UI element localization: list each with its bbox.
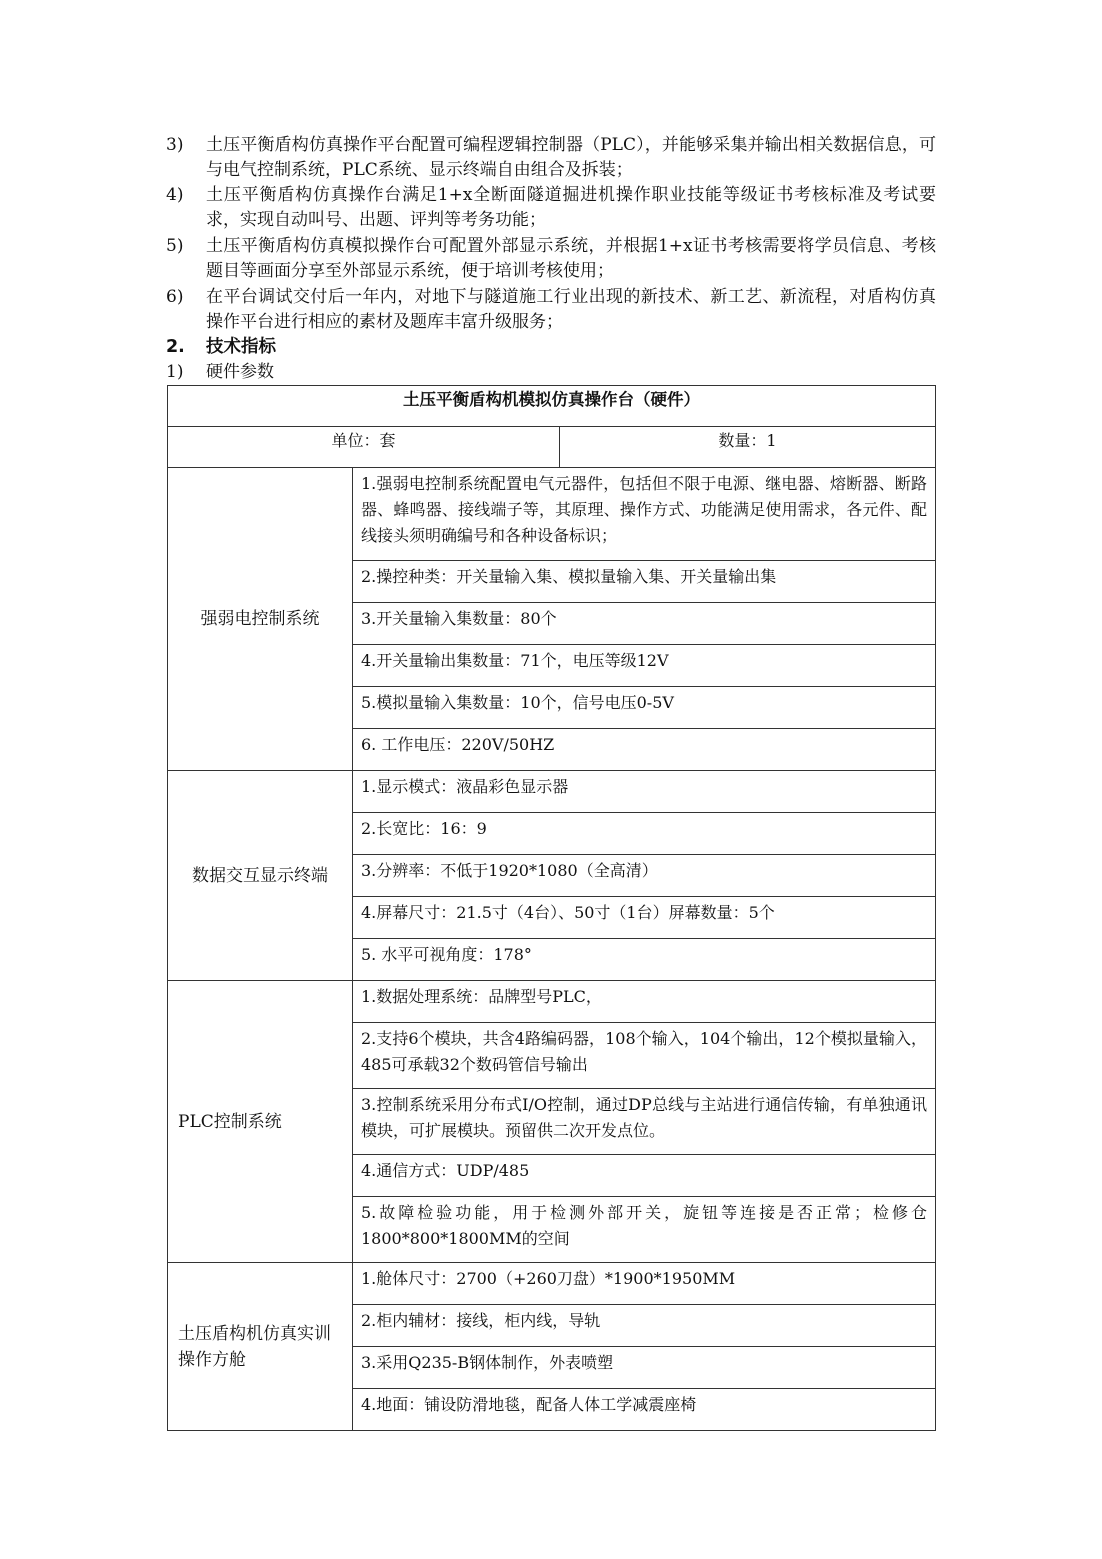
spec-item: 4.开关量输出集数量：71个，电压等级12V [353,645,936,687]
spec-item: 6. 工作电压：220V/50HZ [353,729,936,771]
list-number: 3) [166,133,206,158]
spec-item: 4.屏幕尺寸：21.5寸（4台）、50寸（1台）屏幕数量：5个 [353,897,936,939]
list-item-4: 4) 土压平衡盾构仿真操作台满足1+x全断面隧道掘进机操作职业技能等级证书考核标… [166,183,936,233]
spec-item: 2.支持6个模块，共含4路编码器，108个输入，104个输出，12个模拟量输入，… [353,1023,936,1089]
group-label: 土压盾构机仿真实训操作方舱 [168,1263,353,1431]
table-row: PLC控制系统 1.数据处理系统：品牌型号PLC， [168,981,936,1023]
unit-cell: 单位：套 [168,427,560,468]
spec-item: 3.开关量输入集数量：80个 [353,603,936,645]
subsection-number: 1) [166,360,206,385]
group-label: 数据交互显示终端 [168,771,353,981]
spec-item: 1.舱体尺寸：2700（+260刀盘）*1900*1950MM [353,1263,936,1305]
list-number: 6) [166,285,206,310]
list-item-5: 5) 土压平衡盾构仿真模拟操作台可配置外部显示系统，并根据1+x证书考核需要将学… [166,234,936,284]
spec-item: 5.模拟量输入集数量：10个，信号电压0-5V [353,687,936,729]
list-number: 4) [166,183,206,208]
spec-item: 2.操控种类：开关量输入集、模拟量输入集、开关量输出集 [353,561,936,603]
table-unit-row: 单位：套 数量：1 [168,427,936,468]
quantity-cell: 数量：1 [560,427,936,468]
group-label: 强弱电控制系统 [168,468,353,771]
subsection-title: 硬件参数 [206,360,936,385]
hardware-spec-table: 土压平衡盾构机模拟仿真操作台（硬件） 单位：套 数量：1 强弱电控制系统 1.强… [167,385,936,1431]
table-row: 强弱电控制系统 1.强弱电控制系统配置电气元器件，包括但不限于电源、继电器、熔断… [168,468,936,561]
list-text: 土压平衡盾构仿真操作台满足1+x全断面隧道掘进机操作职业技能等级证书考核标准及考… [206,183,936,233]
group-label: PLC控制系统 [168,981,353,1263]
spec-item: 3.分辨率：不低于1920*1080（全高清） [353,855,936,897]
list-text: 在平台调试交付后一年内，对地下与隧道施工行业出现的新技术、新工艺、新流程，对盾构… [206,285,936,335]
section-number: 2. [166,335,206,360]
section-heading: 2.技术指标 [166,335,276,360]
spec-item: 3.控制系统采用分布式I/O控制，通过DP总线与主站进行通信传输，有单独通讯模块… [353,1089,936,1155]
spec-item: 2.长宽比：16：9 [353,813,936,855]
table-title-row: 土压平衡盾构机模拟仿真操作台（硬件） [168,386,936,427]
subsection-heading: 1) 硬件参数 [166,360,936,385]
list-text: 土压平衡盾构仿真模拟操作台可配置外部显示系统，并根据1+x证书考核需要将学员信息… [206,234,936,284]
list-item-3: 3) 土压平衡盾构仿真操作平台配置可编程逻辑控制器（PLC），并能够采集并输出相… [166,133,936,183]
document-page: 3) 土压平衡盾构仿真操作平台配置可编程逻辑控制器（PLC），并能够采集并输出相… [0,0,1102,1559]
table-title: 土压平衡盾构机模拟仿真操作台（硬件） [168,386,936,427]
spec-item: 2.柜内辅材：接线，柜内线，导轨 [353,1305,936,1347]
spec-item: 5.故障检验功能，用于检测外部开关，旋钮等连接是否正常；检修仓1800*800*… [353,1197,936,1263]
list-number: 5) [166,234,206,259]
section-title: 技术指标 [206,337,276,357]
spec-item: 5. 水平可视角度：178° [353,939,936,981]
spec-item: 4.地面：铺设防滑地毯，配备人体工学减震座椅 [353,1389,936,1431]
spec-item: 1.显示模式：液晶彩色显示器 [353,771,936,813]
table-row: 土压盾构机仿真实训操作方舱 1.舱体尺寸：2700（+260刀盘）*1900*1… [168,1263,936,1305]
list-item-6: 6) 在平台调试交付后一年内，对地下与隧道施工行业出现的新技术、新工艺、新流程，… [166,285,936,335]
list-text: 土压平衡盾构仿真操作平台配置可编程逻辑控制器（PLC），并能够采集并输出相关数据… [206,133,936,183]
table-row: 数据交互显示终端 1.显示模式：液晶彩色显示器 [168,771,936,813]
spec-item: 4.通信方式：UDP/485 [353,1155,936,1197]
spec-item: 3.采用Q235-B钢体制作，外表喷塑 [353,1347,936,1389]
spec-item: 1.强弱电控制系统配置电气元器件，包括但不限于电源、继电器、熔断器、断路器、蜂鸣… [353,468,936,561]
spec-item: 1.数据处理系统：品牌型号PLC， [353,981,936,1023]
